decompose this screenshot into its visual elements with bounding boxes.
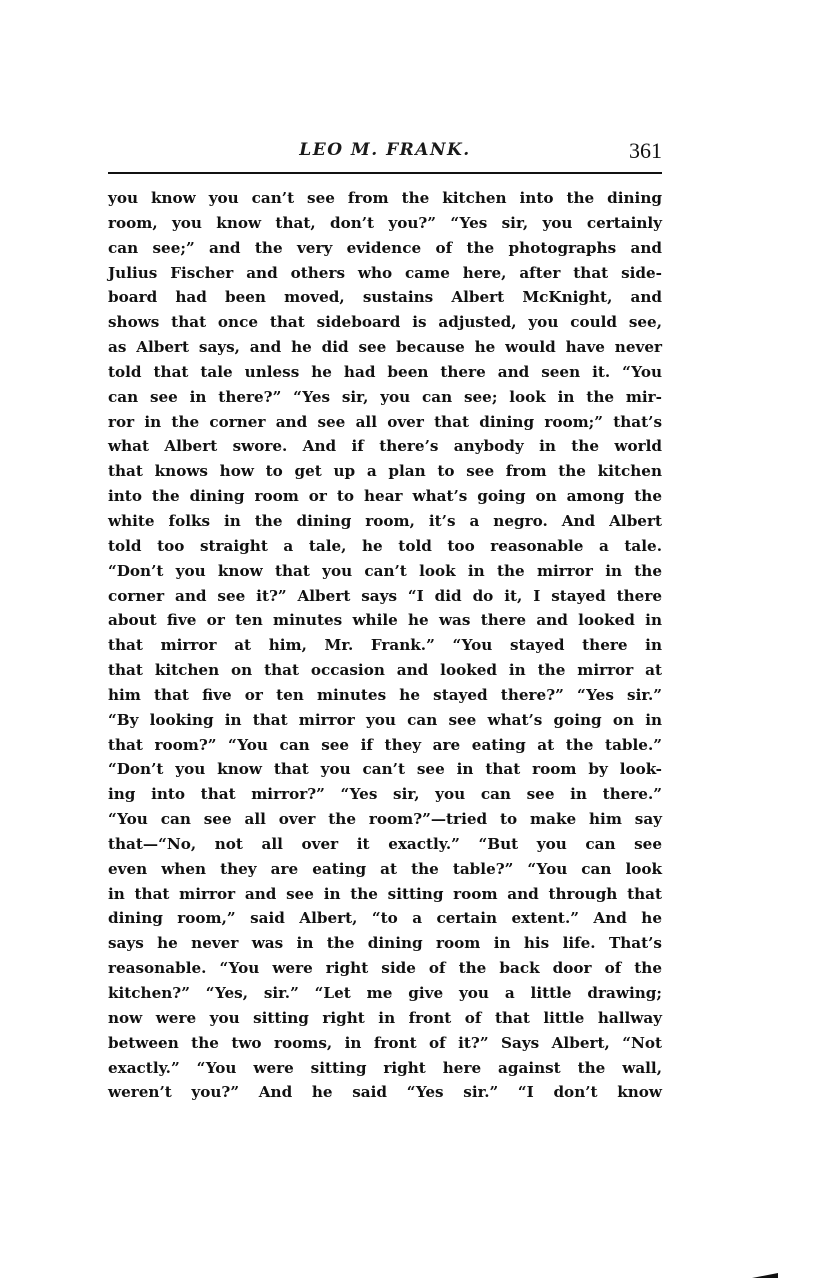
text-line: ing into that mirror?” “Yes sir, you can… (108, 782, 662, 807)
text-line: room, you know that, don’t you?” “Yes si… (108, 211, 662, 236)
text-line: “Don’t you know that you can’t look in t… (108, 559, 662, 584)
running-title: LEO M. FRANK. (108, 140, 662, 160)
text-line: told that tale unless he had been there … (108, 360, 662, 385)
text-line: you know you can’t see from the kitchen … (108, 186, 662, 211)
text-line: even when they are eating at the table?”… (108, 857, 662, 882)
text-line: what Albert swore. And if there’s anybod… (108, 434, 662, 459)
text-line: “You can see all over the room?”—tried t… (108, 807, 662, 832)
text-line: about five or ten minutes while he was t… (108, 608, 662, 633)
text-line: shows that once that sideboard is adjust… (108, 310, 662, 335)
page-number: 361 (629, 138, 662, 164)
text-line: as Albert says, and he did see because h… (108, 335, 662, 360)
text-line: can see in there?” “Yes sir, you can see… (108, 385, 662, 410)
text-line: in that mirror and see in the sitting ro… (108, 882, 662, 907)
text-line: “Don’t you know that you can’t see in th… (108, 757, 662, 782)
text-line: dining room,” said Albert, “to a certain… (108, 906, 662, 931)
text-line: board had been moved, sustains Albert Mc… (108, 285, 662, 310)
body-text: you know you can’t see from the kitchen … (108, 186, 662, 1105)
text-line: told too straight a tale, he told too re… (108, 534, 662, 559)
text-line: that kitchen on that occasion and looked… (108, 658, 662, 683)
text-line: weren’t you?” And he said “Yes sir.” “I … (108, 1080, 662, 1105)
text-line: says he never was in the dining room in … (108, 931, 662, 956)
text-line: ror in the corner and see all over that … (108, 410, 662, 435)
text-line: that mirror at him, Mr. Frank.” “You sta… (108, 633, 662, 658)
text-line: now were you sitting right in front of t… (108, 1006, 662, 1031)
text-line: into the dining room or to hear what’s g… (108, 484, 662, 509)
text-line: can see;” and the very evidence of the p… (108, 236, 662, 261)
text-line: between the two rooms, in front of it?” … (108, 1031, 662, 1056)
text-line: kitchen?” “Yes, sir.” “Let me give you a… (108, 981, 662, 1006)
text-line: him that five or ten minutes he stayed t… (108, 683, 662, 708)
scan-artifact-mark (752, 1273, 778, 1278)
header-rule (108, 172, 662, 174)
running-head: LEO M. FRANK. 361 (108, 138, 662, 168)
text-line: white folks in the dining room, it’s a n… (108, 509, 662, 534)
text-line: “By looking in that mirror you can see w… (108, 708, 662, 733)
text-line: that room?” “You can see if they are eat… (108, 733, 662, 758)
text-line: Julius Fischer and others who came here,… (108, 261, 662, 286)
text-line: reasonable. “You were right side of the … (108, 956, 662, 981)
text-line: that knows how to get up a plan to see f… (108, 459, 662, 484)
book-page: LEO M. FRANK. 361 you know you can’t see… (0, 0, 836, 1284)
text-line: corner and see it?” Albert says “I did d… (108, 584, 662, 609)
text-line: that—“No, not all over it exactly.” “But… (108, 832, 662, 857)
text-line: exactly.” “You were sitting right here a… (108, 1056, 662, 1081)
